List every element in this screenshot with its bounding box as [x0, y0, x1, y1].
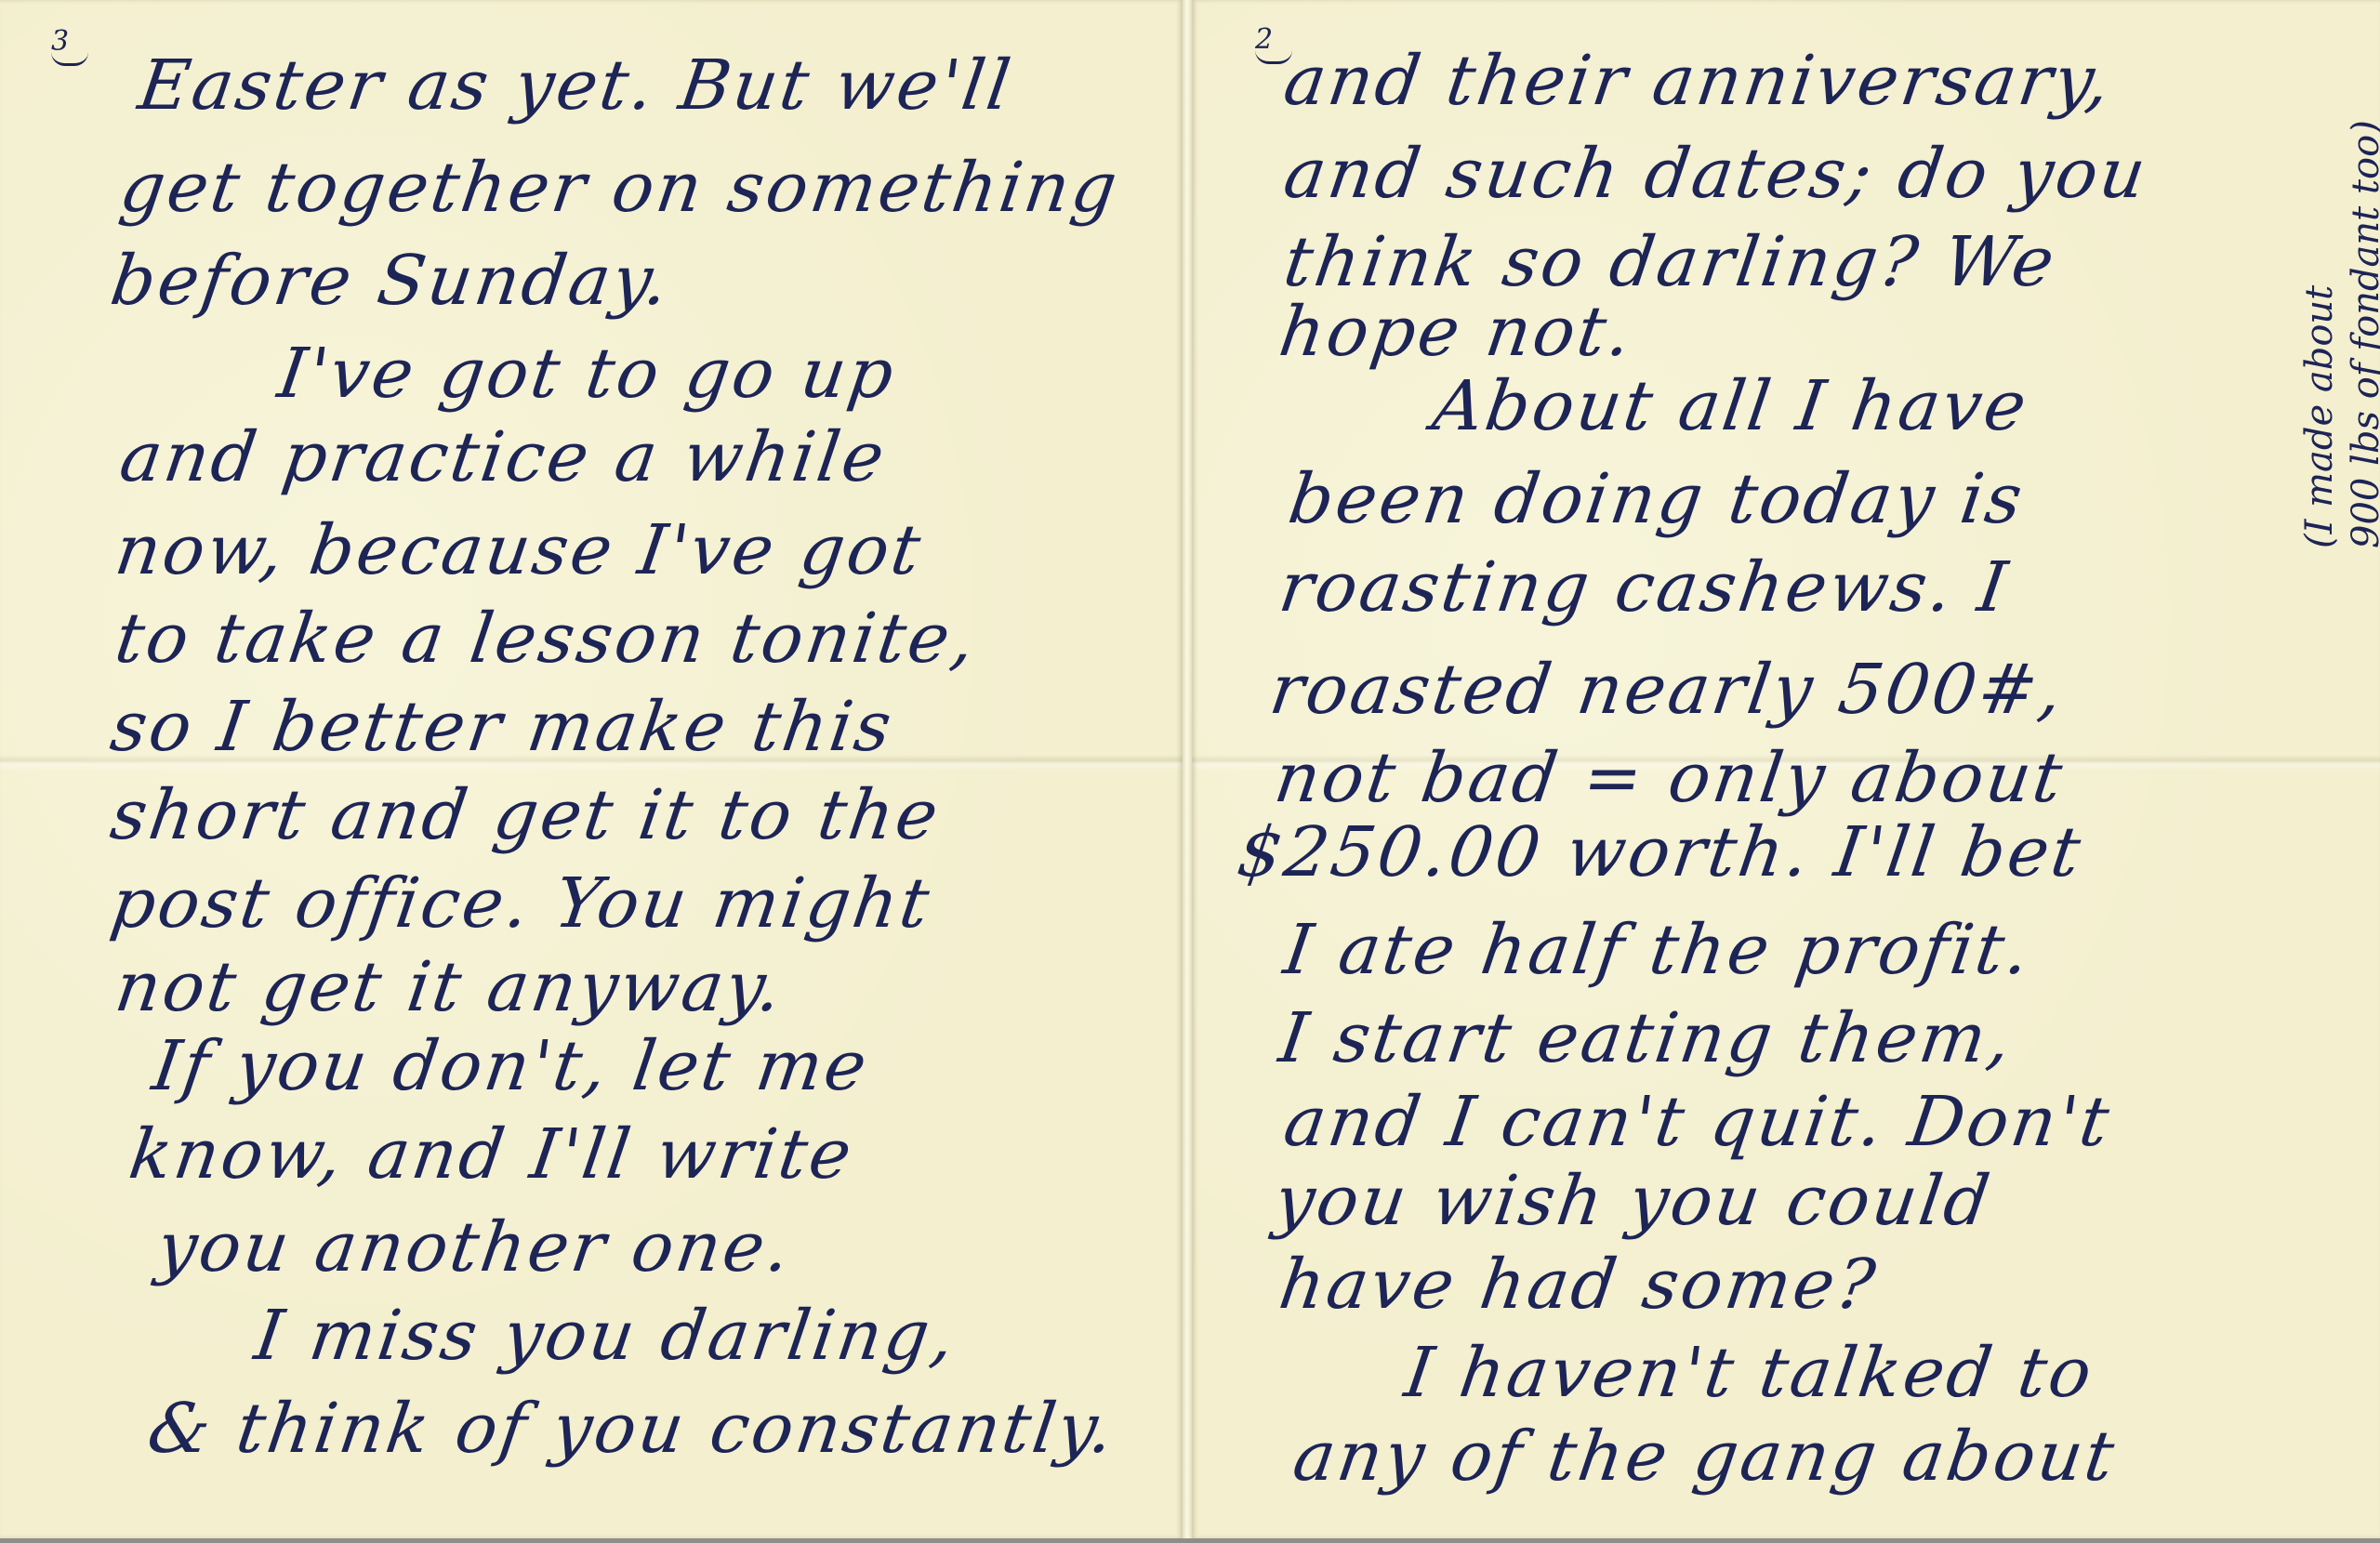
letter-line: hope not.	[1276, 297, 1638, 366]
letter-line: to take a lesson tonite,	[112, 604, 982, 673]
letter-spread: 3 Easter as yet. But we'll get together …	[0, 0, 2380, 1538]
letter-line: short and get it to the	[107, 781, 945, 850]
letter-line: not get it anyway.	[112, 953, 788, 1022]
letter-line: and such dates; do you	[1280, 139, 2152, 208]
letter-line: before Sunday.	[107, 246, 675, 315]
letter-line: I miss you darling,	[251, 1301, 961, 1370]
margin-note-line: 900 lbs of fondant too)	[2343, 120, 2380, 548]
letter-line: Easter as yet. But we'll	[135, 51, 1017, 120]
page-number: 3	[51, 28, 88, 66]
letter-line: you another one.	[153, 1213, 797, 1282]
left-page: 3 Easter as yet. But we'll get together …	[0, 0, 1183, 1538]
letter-line: roasted nearly 500#,	[1266, 655, 2069, 724]
letter-line: been doing today is	[1285, 465, 2029, 534]
letter-line: any of the gang about	[1289, 1422, 2121, 1491]
letter-line: think so darling? We	[1280, 228, 2061, 297]
right-page: 2 and their anniversary, and such dates;…	[1192, 0, 2380, 1538]
letter-line: get together on something	[116, 153, 1124, 222]
letter-line: know, and I'll write	[126, 1120, 858, 1189]
letter-line: $250.00 worth. I'll bet	[1234, 818, 2087, 887]
letter-line: and their anniversary,	[1280, 46, 2117, 115]
letter-line: If you don't, let me	[149, 1032, 873, 1101]
letter-line: roasting cashews. I	[1276, 553, 2014, 622]
letter-line: & think of you constantly.	[144, 1394, 1120, 1463]
margin-note: (I made about 900 lbs of fondant too)	[2296, 120, 2380, 548]
letter-line: and I can't quit. Don't	[1280, 1088, 2116, 1156]
letter-line: About all I have	[1429, 372, 2033, 441]
scan-bottom-edge	[0, 1538, 2380, 1543]
letter-line: post office. You might	[107, 869, 936, 938]
page-gutter	[1183, 0, 1192, 1538]
letter-line: now, because I've got	[112, 516, 927, 585]
letter-line: I haven't talked to	[1401, 1339, 2098, 1407]
letter-line: have had some?	[1276, 1250, 1882, 1319]
letter-line: I ate half the profit.	[1280, 916, 2036, 984]
letter-line: so I better make this	[107, 692, 898, 761]
page-number: 2	[1255, 26, 1292, 64]
letter-line: not bad = only about	[1271, 744, 2069, 812]
letter-line: you wish you could	[1271, 1167, 1996, 1235]
margin-note-line: (I made about	[2296, 120, 2343, 548]
letter-line: and practice a while	[116, 423, 891, 492]
letter-line: I start eating them,	[1276, 1004, 2017, 1073]
letter-line: I've got to go up	[274, 339, 901, 408]
